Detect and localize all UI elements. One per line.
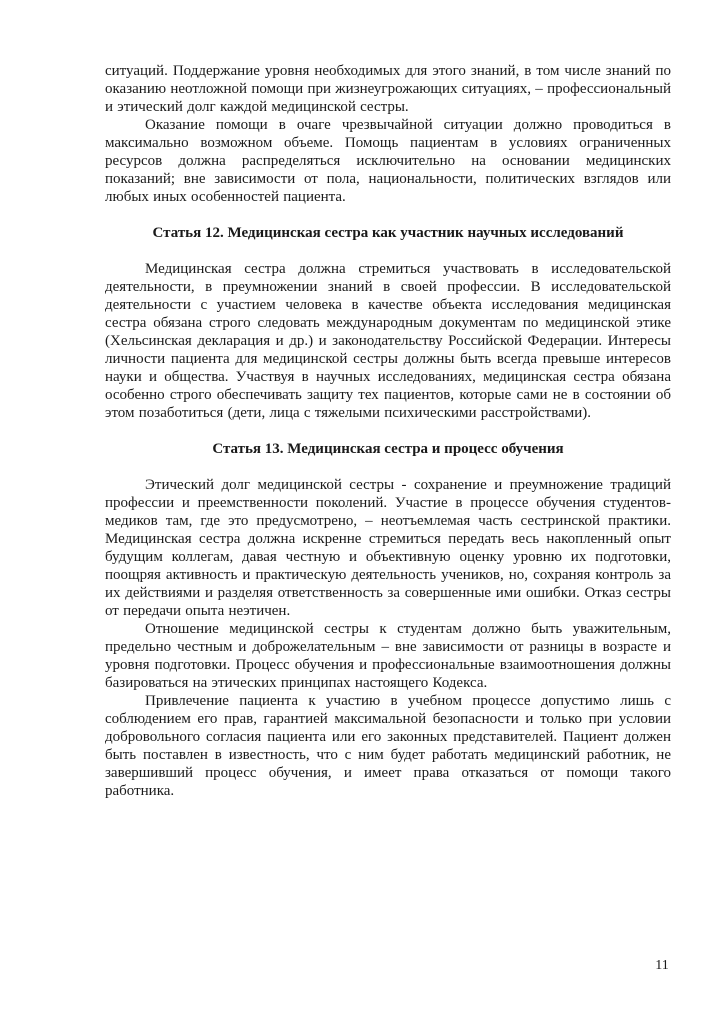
article-12-heading: Статья 12. Медицинская сестра как участн… xyxy=(105,224,671,242)
paragraph: Этический долг медицинской сестры - сохр… xyxy=(105,476,671,620)
paragraph: Привлечение пациента к участию в учебном… xyxy=(105,692,671,800)
document-page: ситуаций. Поддержание уровня необходимых… xyxy=(0,0,724,1024)
document-content: ситуаций. Поддержание уровня необходимых… xyxy=(105,62,671,800)
article-13-heading: Статья 13. Медицинская сестра и процесс … xyxy=(105,440,671,458)
paragraph: Оказание помощи в очаге чрезвычайной сит… xyxy=(105,116,671,206)
page-number: 11 xyxy=(652,958,672,974)
paragraph: Отношение медицинской сестры к студентам… xyxy=(105,620,671,692)
paragraph-continuation: ситуаций. Поддержание уровня необходимых… xyxy=(105,62,671,116)
paragraph: Медицинская сестра должна стремиться уча… xyxy=(105,260,671,422)
